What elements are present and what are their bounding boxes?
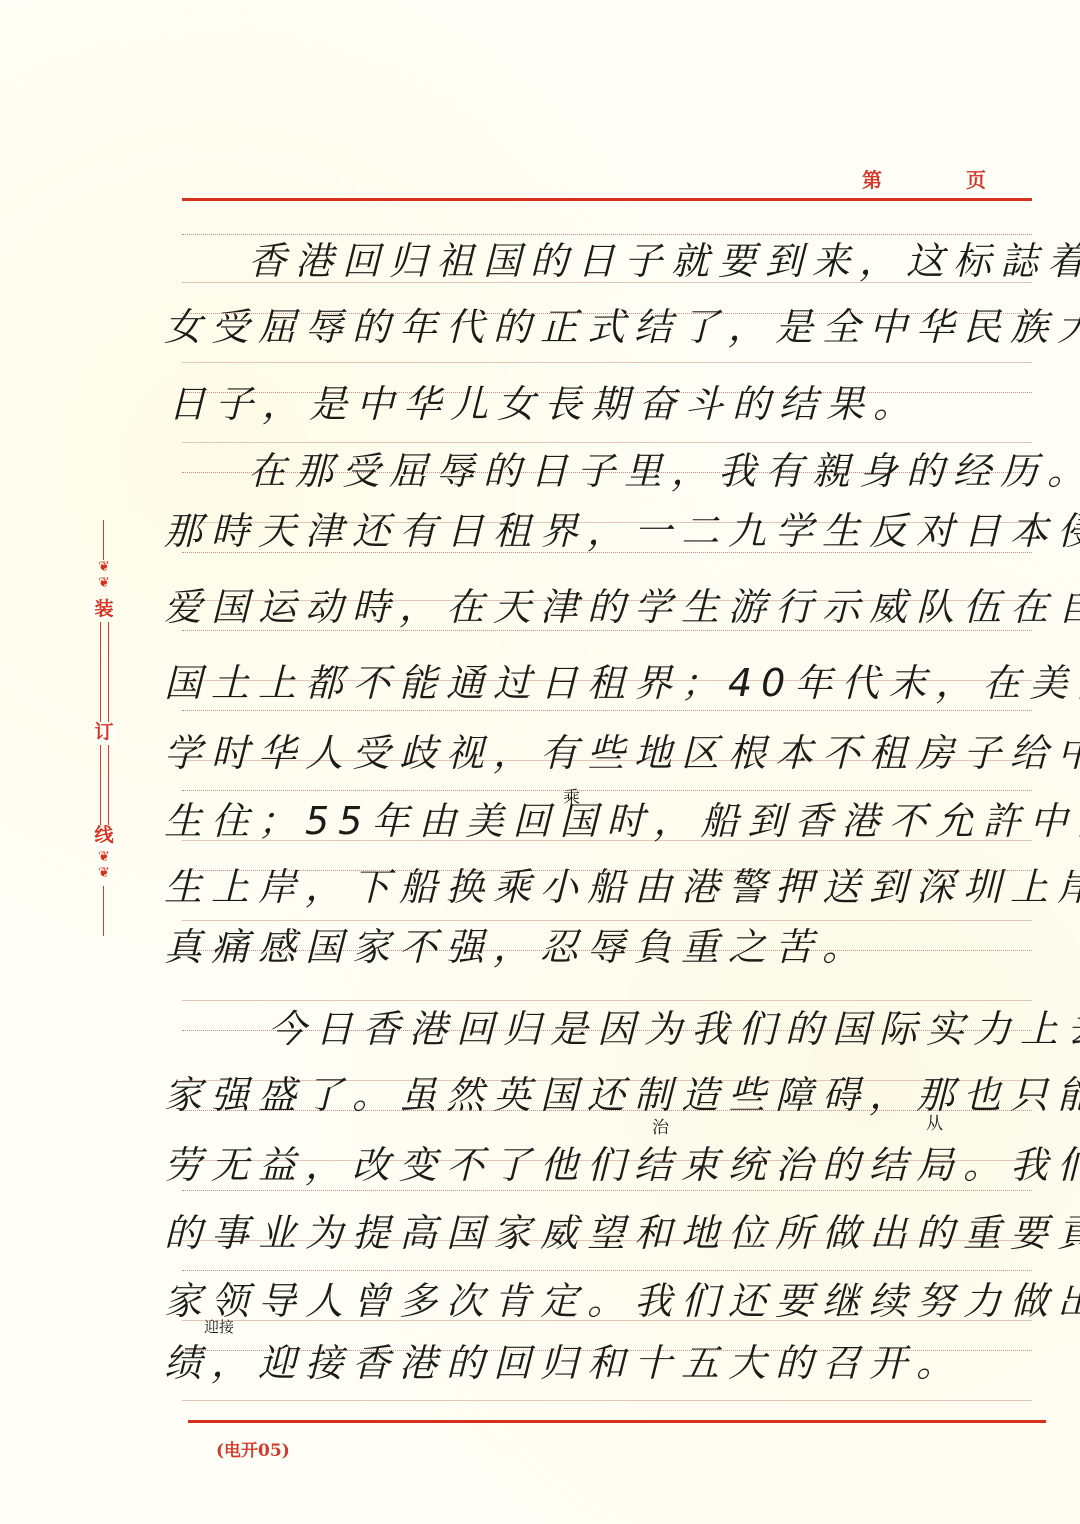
- top-red-rule: [182, 198, 1032, 201]
- ruled-line: [182, 1000, 1032, 1001]
- letter-line: 家强盛了。虽然英国还制造些障碍，那也只能是徒: [164, 1076, 1080, 1114]
- letter-line: 女受屈辱的年代的正式结了，是全中华民族大喜庆的: [164, 308, 1080, 346]
- page-number-label-di: 第: [862, 164, 882, 193]
- ruled-line: [182, 234, 1032, 235]
- binding-rail: [103, 520, 104, 560]
- ruled-line: [182, 1400, 1032, 1401]
- letter-line: 生住；55年由美回国时，船到香港不允許中国留学: [164, 802, 1080, 840]
- ruled-line: [182, 630, 1032, 631]
- letter-line: 劳无益，改变不了他们结束统治的结局。我们所從事: [164, 1146, 1080, 1184]
- letter-line: 的事业为提高国家威望和地位所做出的重要貢献，国: [164, 1214, 1080, 1252]
- ornament-icon: ❦: [95, 560, 113, 574]
- page-number-label-ye: 页: [966, 164, 986, 193]
- ornament-icon: ❦: [95, 576, 113, 590]
- letter-page: 第 页 ❦ ❦ 装 订 线 ❦ ❦ 香港回归祖国的日子: [0, 0, 1080, 1524]
- binding-rail: [108, 622, 109, 722]
- letter-line: 那時天津还有日租界，一二九学生反对日本侵略: [164, 512, 1080, 550]
- letter-line: 日子，是中华儿女長期奋斗的结果。: [168, 385, 920, 423]
- letter-line: 真痛感国家不强，忍辱負重之苦。: [164, 928, 869, 966]
- correction-annotation: 乘: [563, 790, 580, 807]
- binding-char-zhuang: 装: [92, 600, 116, 619]
- binding-rail: [100, 745, 101, 825]
- correction-annotation: 从: [926, 1116, 943, 1133]
- letter-line: 学时华人受歧视，有些地区根本不租房子给中国留学: [164, 734, 1080, 772]
- ruled-line: [182, 362, 1032, 363]
- ruled-line: [182, 1190, 1032, 1191]
- letter-line: 家领导人曾多次肯定。我们还要继续努力做出更大的成: [164, 1282, 1080, 1320]
- letter-line: 绩，迎接香港的回归和十五大的召开。: [164, 1344, 963, 1382]
- binding-char-ding: 订: [92, 723, 116, 742]
- ornament-icon: ❦: [95, 866, 113, 880]
- letter-line: 生上岸，下船换乘小船由港警押送到深圳上岸。: [164, 868, 1080, 906]
- binding-rail: [103, 886, 104, 936]
- ruled-line: [182, 790, 1032, 791]
- binding-rail: [100, 622, 101, 722]
- ornament-icon: ❦: [95, 850, 113, 864]
- form-code: (电开05): [216, 1436, 290, 1461]
- letter-line: 香港回归祖国的日子就要到来，这标誌着中华儿: [248, 242, 1080, 280]
- letter-line: 在那受屈辱的日子里，我有親身的经历。1935年: [248, 452, 1080, 490]
- bottom-red-rule: [188, 1420, 1046, 1423]
- letter-line: 国土上都不能通过日租界；40年代末，在美国留: [164, 664, 1080, 702]
- ruled-line: [182, 710, 1032, 711]
- correction-annotation: 迎接: [204, 1320, 234, 1335]
- binding-margin: ❦ ❦ 装 订 线 ❦ ❦: [96, 520, 112, 940]
- ruled-line: [182, 1270, 1032, 1271]
- correction-annotation: 治: [652, 1120, 669, 1137]
- letter-line: 爱国运动時，在天津的学生游行示威队伍在自己: [164, 588, 1080, 626]
- ruled-line: [182, 442, 1032, 443]
- binding-char-xian: 线: [92, 826, 116, 845]
- letter-line: 今日香港回归是因为我们的国际实力上去了，国: [268, 1010, 1080, 1048]
- binding-rail: [108, 745, 109, 825]
- ruled-line: [182, 920, 1032, 921]
